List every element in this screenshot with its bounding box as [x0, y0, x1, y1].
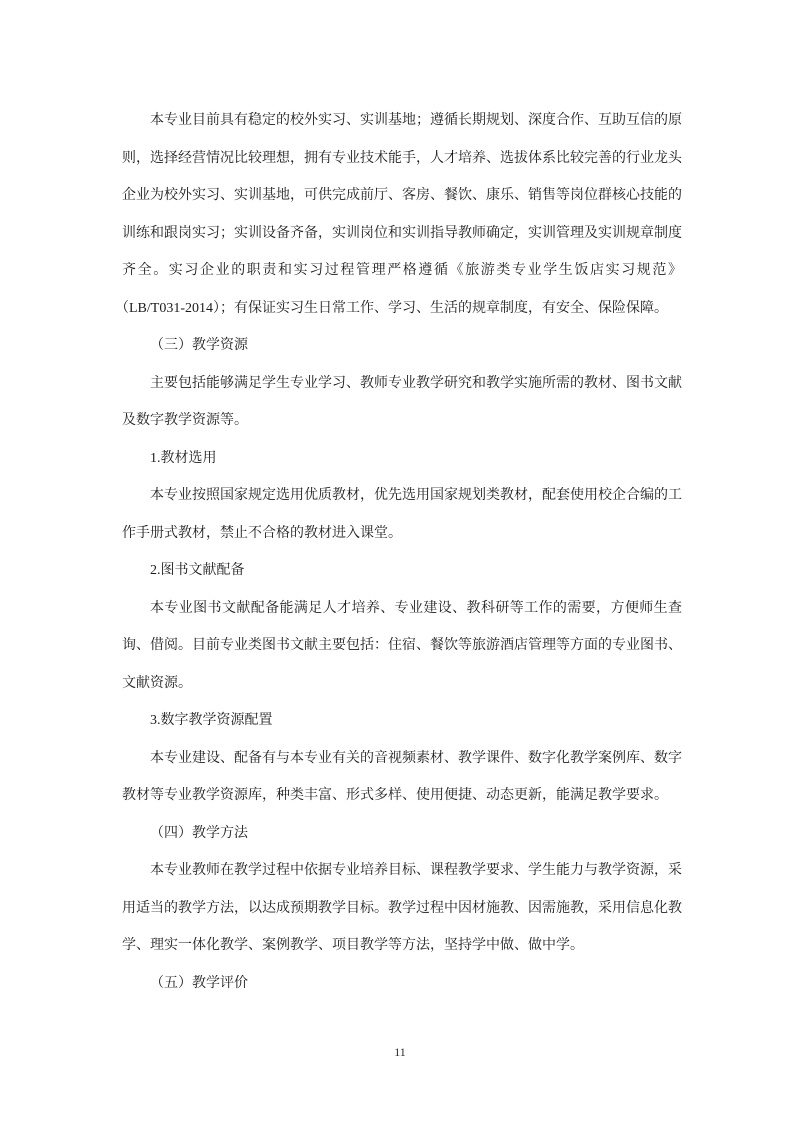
sub-heading-textbook-selection: 1.教材选用 [122, 440, 682, 478]
paragraph-internship-bases: 本专业目前具有稳定的校外实习、实训基地；遵循长期规划、深度合作、互助互信的原则，… [122, 102, 682, 327]
document-page: 本专业目前具有稳定的校外实习、实训基地；遵循长期规划、深度合作、互助互信的原则，… [0, 0, 800, 1130]
paragraph-teaching-methods: 本专业教师在教学过程中依据专业培养目标、课程教学要求、学生能力与教学资源，采用适… [122, 852, 682, 965]
paragraph-textbook-selection: 本专业按照国家规定选用优质教材，优先选用国家规划类教材，配套使用校企合编的工作手… [122, 477, 682, 552]
sub-heading-library-literature: 2.图书文献配备 [122, 552, 682, 590]
standard-code-text: （LB/T031-2014）； [122, 301, 234, 316]
section-heading-teaching-methods: （四）教学方法 [122, 815, 682, 853]
document-body: 本专业目前具有稳定的校外实习、实训基地；遵循长期规划、深度合作、互助互信的原则，… [122, 102, 682, 1002]
paragraph-resources-overview: 主要包括能够满足学生专业学习、教师专业教学研究和教学实施所需的教材、图书文献及数… [122, 365, 682, 440]
paragraph-digital-resources: 本专业建设、配备有与本专业有关的音视频素材、教学课件、数字化教学案例库、数字教材… [122, 740, 682, 815]
section-heading-teaching-resources: （三）教学资源 [122, 327, 682, 365]
page-number: 11 [394, 1045, 406, 1059]
section-heading-teaching-evaluation: （五）教学评价 [122, 965, 682, 1003]
paragraph-library-literature: 本专业图书文献配备能满足人才培养、专业建设、教科研等工作的需要，方便师生查询、借… [122, 590, 682, 703]
paragraph-internship-bases-text: 本专业目前具有稳定的校外实习、实训基地；遵循长期规划、深度合作、互助互信的原则，… [122, 113, 682, 278]
sub-heading-digital-resources: 3.数字教学资源配置 [122, 702, 682, 740]
page-footer: 11 [0, 1044, 800, 1060]
paragraph-internship-bases-tail: 有保证实习生日常工作、学习、生活的规章制度，有安全、保险保障。 [234, 301, 668, 316]
